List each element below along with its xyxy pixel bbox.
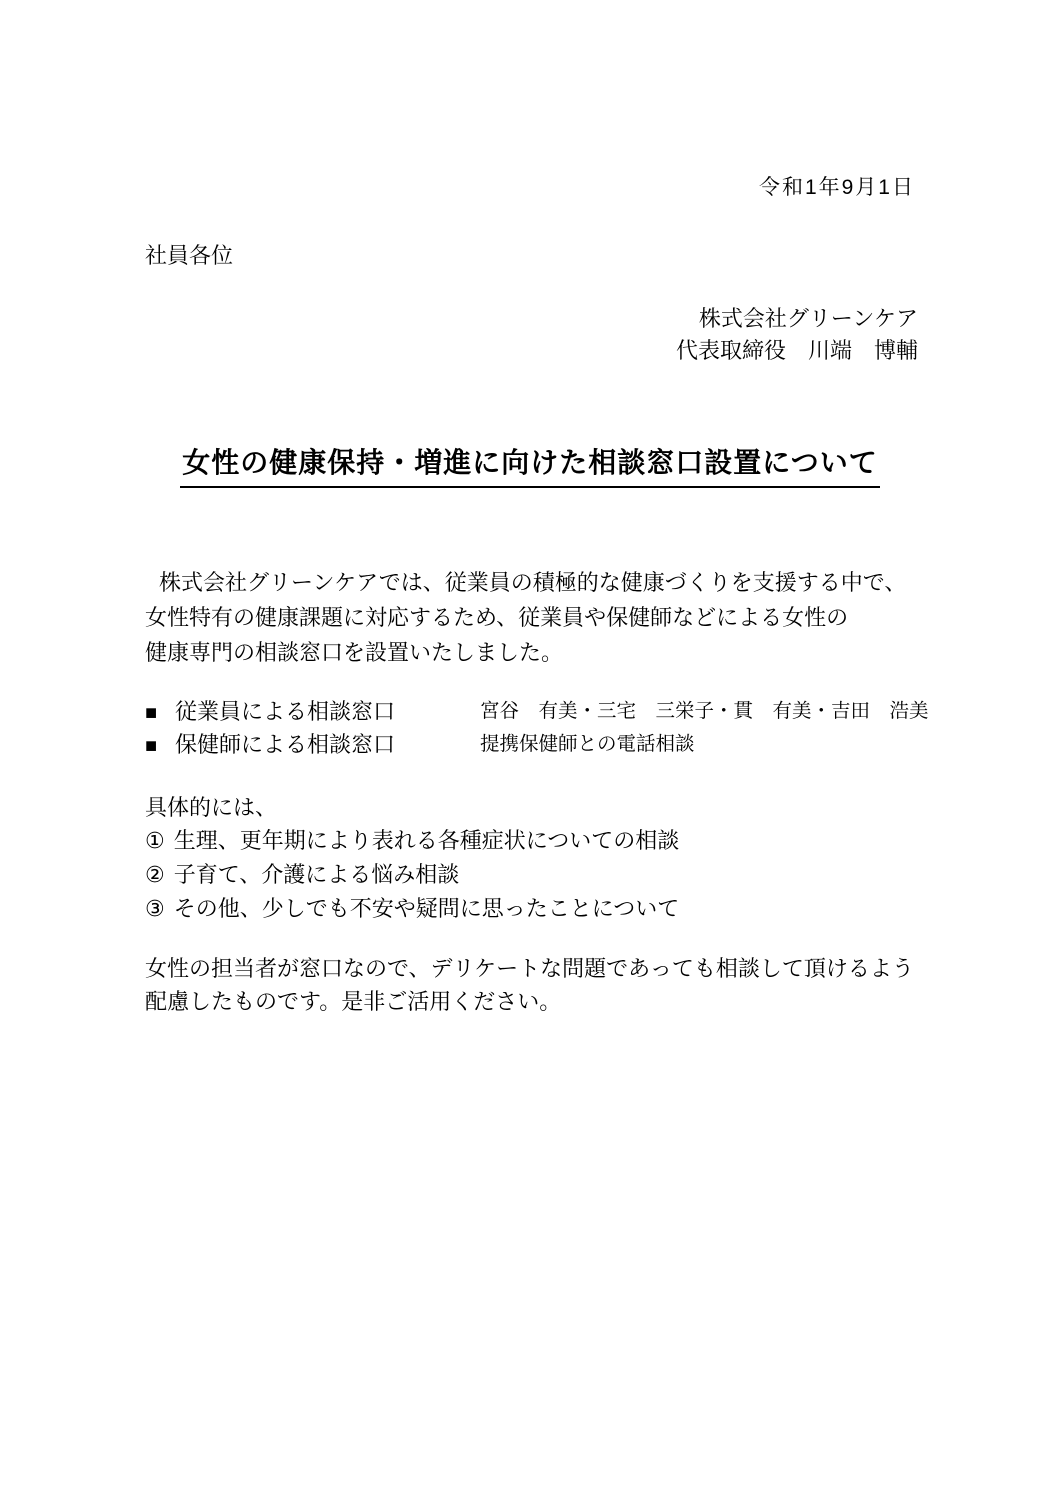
intro-line: 株式会社グリーンケアでは、従業員の積極的な健康づくりを支援する中で、 bbox=[145, 565, 945, 600]
detail-text: その他、少しでも不安や疑問に思ったことについて bbox=[174, 896, 680, 921]
contact-label: 保健師による相談窓口 bbox=[175, 732, 395, 757]
detail-text: 生理、更年期により表れる各種症状についての相談 bbox=[174, 828, 680, 853]
closing-line: 女性の担当者が窓口なので、デリケートな問題であっても相談して頂けるよう bbox=[145, 952, 945, 985]
intro-line: 女性特有の健康課題に対応するため、従業員や保健師などによる女性の bbox=[145, 600, 945, 635]
document-date: 令和1年9月1日 bbox=[759, 170, 915, 205]
detail-text: 子育て、介護による悩み相談 bbox=[174, 862, 460, 887]
closing-paragraph: 女性の担当者が窓口なので、デリケートな問題であっても相談して頂けるよう 配慮した… bbox=[145, 952, 945, 1018]
square-bullet-icon: ■ bbox=[145, 696, 175, 731]
title-row: 女性の健康保持・増進に向けた相談窓口設置について bbox=[0, 444, 1060, 488]
contact-point-row: ■従業員による相談窓口 宮谷 有美・三宅 三栄子・貫 有美・吉田 浩美 bbox=[145, 694, 945, 729]
square-bullet-icon: ■ bbox=[145, 729, 175, 764]
closing-line: 配慮したものです。是非ご活用ください。 bbox=[145, 985, 945, 1018]
circled-number-icon: ③ bbox=[145, 896, 165, 921]
sender-representative: 代表取締役 川端 博輔 bbox=[676, 333, 918, 368]
contact-label: 従業員による相談窓口 bbox=[175, 699, 395, 724]
intro-line: 健康専門の相談窓口を設置いたしました。 bbox=[145, 635, 945, 670]
detail-list-item: ③その他、少しでも不安や疑問に思ったことについて bbox=[145, 891, 945, 926]
document-title: 女性の健康保持・増進に向けた相談窓口設置について bbox=[180, 444, 879, 488]
contact-point-row: ■保健師による相談窓口 提携保健師との電話相談 bbox=[145, 727, 945, 762]
intro-paragraph: 株式会社グリーンケアでは、従業員の積極的な健康づくりを支援する中で、 女性特有の… bbox=[145, 565, 945, 670]
detail-list-item: ②子育て、介護による悩み相談 bbox=[145, 857, 945, 892]
contact-value: 宮谷 有美・三宅 三栄子・貫 有美・吉田 浩美 bbox=[480, 694, 929, 729]
detail-list-item: ①生理、更年期により表れる各種症状についての相談 bbox=[145, 823, 945, 858]
recipient: 社員各位 bbox=[145, 238, 233, 273]
details-heading: 具体的には、 bbox=[145, 790, 277, 825]
circled-number-icon: ① bbox=[145, 828, 165, 853]
sender-company: 株式会社グリーンケア bbox=[699, 301, 918, 336]
document-page: 令和1年9月1日 社員各位 株式会社グリーンケア 代表取締役 川端 博輔 女性の… bbox=[0, 0, 1060, 1506]
contact-value: 提携保健師との電話相談 bbox=[480, 727, 695, 762]
circled-number-icon: ② bbox=[145, 862, 165, 887]
